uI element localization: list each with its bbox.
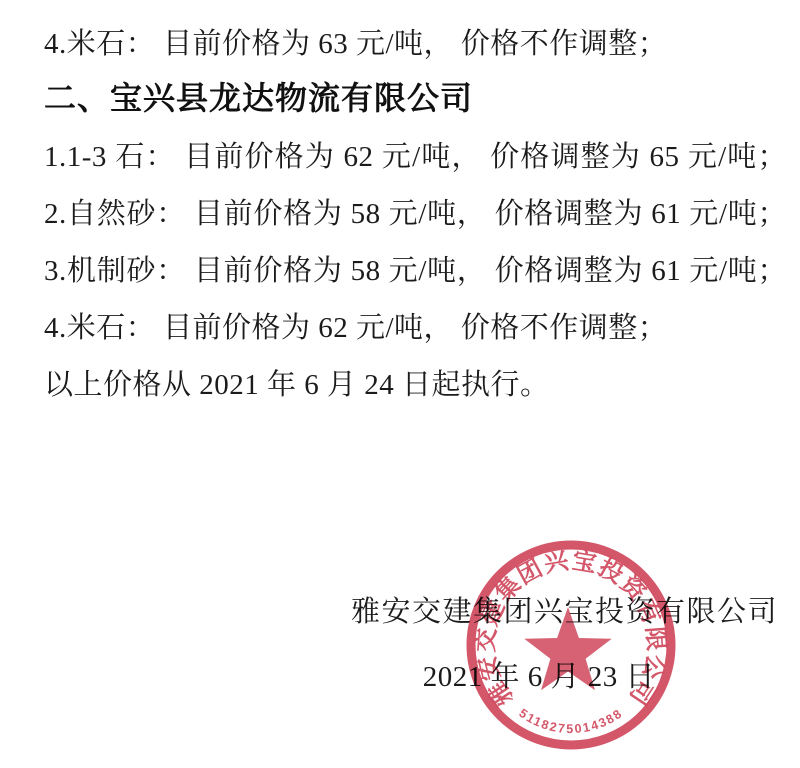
line-effective-date: 以上价格从 2021 年 6 月 24 日起执行。 xyxy=(44,365,787,405)
company-seal-stamp: 雅安交建集团兴宝投资有限公司 5118275014388 xyxy=(461,535,681,755)
line-item-4-mishi-second: 4.米石： 目前价格为 62 元/吨， 价格不作调整； xyxy=(44,308,787,348)
line-item-1-stone: 1.1-3 石： 目前价格为 62 元/吨， 价格调整为 65 元/吨； xyxy=(44,137,787,177)
section-heading-company-two: 二、宝兴县龙达物流有限公司 xyxy=(44,76,473,120)
line-item-2-natural-sand: 2.自然砂： 目前价格为 58 元/吨， 价格调整为 61 元/吨； xyxy=(44,194,787,234)
line-item-3-machine-sand: 3.机制砂： 目前价格为 58 元/吨， 价格调整为 61 元/吨； xyxy=(44,251,787,291)
line-item-4-mishi-first: 4.米石： 目前价格为 63 元/吨， 价格不作调整； xyxy=(44,24,787,64)
document-page: 4.米石： 目前价格为 63 元/吨， 价格不作调整； 二、宝兴县龙达物流有限公… xyxy=(0,0,800,768)
seal-serial-number: 5118275014388 xyxy=(516,706,625,736)
star-icon xyxy=(524,607,611,690)
